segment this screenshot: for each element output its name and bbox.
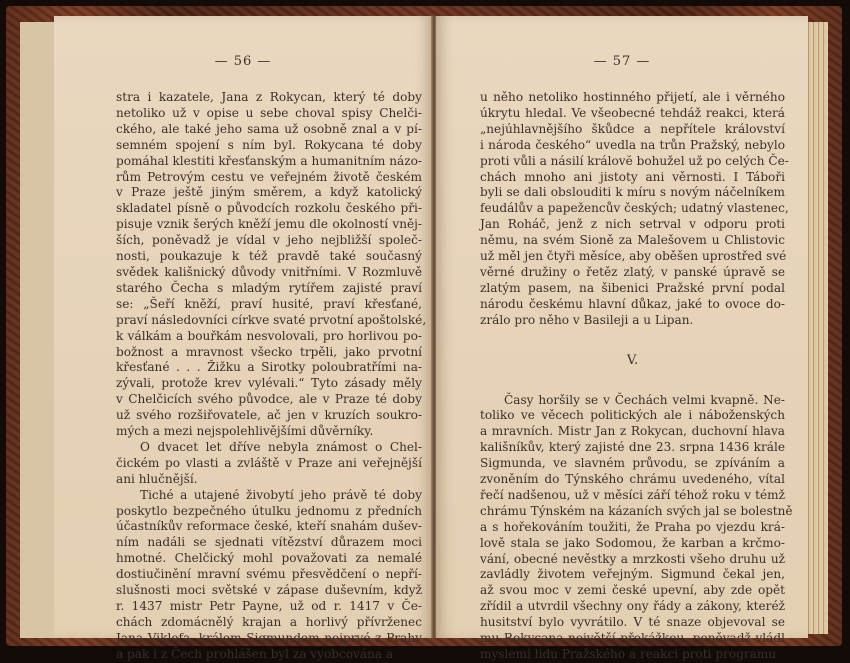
text-line: zavládly životem veřejným. Sigmund čekal… xyxy=(480,567,785,583)
text-line: chách mnoho ani jistoty ani věrnosti. I … xyxy=(480,170,785,186)
text-line: Jana Viklefa, králem Sigmundem nejprvé z… xyxy=(116,631,422,647)
text-line: semném spojení s ním byl. Rokycana té do… xyxy=(116,138,422,154)
text-line: a mravních. Mistr Jan z Rokycan, duchovn… xyxy=(480,424,785,440)
text-line: netoliko už v opise u sebe choval spisy … xyxy=(116,106,422,122)
text-line: chrámu Týnském na kázaních svých jal se … xyxy=(480,504,785,520)
text-line: mých a mezi nejspolehlivějšími důvěrníky… xyxy=(116,424,422,440)
text-line: myslemi lidu Pražského a reakci proti pr… xyxy=(480,647,785,659)
left-page-body: stra i kazatele, Jana z Rokycan, který t… xyxy=(116,90,422,659)
text-line: účastníkův reformace české, kteří snahám… xyxy=(116,519,422,535)
text-line: slušnosti moci světské v zápase duševním… xyxy=(116,583,422,599)
text-line: až svou moc v zemi české upevní, aby zde… xyxy=(480,583,785,599)
text-line: ších, poněvadž je vídal v jeho nejbližší… xyxy=(116,233,422,249)
text-line: a pak i z Čech prohlášen byl za vyobcová… xyxy=(116,647,422,659)
text-line: Časy horšily se v Čechách velmi kvapně. … xyxy=(480,393,785,409)
text-line: „nejúhlavnějšího škůdce a nepřítele král… xyxy=(480,122,785,138)
right-page-paragraph-2: Časy horšily se v Čechách velmi kvapně. … xyxy=(480,393,785,660)
text-line: ním nadáli se sjednati vítězství důrazem… xyxy=(116,535,422,551)
text-line: křesťané . . . Žižku a Sirotky poloubrat… xyxy=(116,360,422,376)
text-line: a s hořekováním toužiti, že Praha po vje… xyxy=(480,520,785,536)
text-line: úkrytu hledal. Ve všeobecné tehdáž reakc… xyxy=(480,106,785,122)
text-line: skladatel písně o původcích rozkolu česk… xyxy=(116,201,422,217)
text-line: svědek kališnický důvody vnitřními. V Ro… xyxy=(116,265,422,281)
text-line: i národa českého“ uvedla na trůn Pražský… xyxy=(480,138,785,154)
right-page-body: u něho netoliko hostinného přijetí, ale … xyxy=(480,90,785,659)
text-line: poskytlo bezpečného útulku jednomu z pře… xyxy=(116,504,422,520)
right-page-paragraph-1: u něho netoliko hostinného přijetí, ale … xyxy=(480,90,785,329)
text-line: rům Petrovým cestu ve veřejném životě če… xyxy=(116,170,422,186)
text-line: božnost a mravnost všecko trpěli, jako p… xyxy=(116,345,422,361)
text-line: mu Rokycana největší překážkou, poněvadž… xyxy=(480,631,785,647)
text-line: feudálův a papežencův českých; udatný vl… xyxy=(480,201,785,217)
text-line: zlatým pasem, na šibenici Pražské první … xyxy=(480,281,785,297)
text-line: Tiché a utajené živobytí jeho právě té d… xyxy=(116,488,422,504)
text-line: se: „Šeří kněží, praví husité, praví kře… xyxy=(116,297,422,313)
text-line: zrálo pro něho v Basileji a u Lipan. xyxy=(480,313,785,329)
text-line: němu, na svém Sioně za Malešovem u Chlis… xyxy=(480,233,785,249)
page-number-57: — 57 — xyxy=(436,54,808,69)
text-line: národu českému hlavní důkaz, jaké to ovo… xyxy=(480,297,785,313)
text-line: u něho netoliko hostinného přijetí, ale … xyxy=(480,90,785,106)
text-line: proti vůli a násilí královĕ bohužel už p… xyxy=(480,154,785,170)
text-line: starého Čecha s mladým rytířem zajisté p… xyxy=(116,281,422,297)
right-page: — 57 — u něho netoliko hostinného přijet… xyxy=(436,16,808,638)
text-line: v Chelčicích svého původce, ale v Praze … xyxy=(116,392,422,408)
text-line: nosti, poukazuje k též pravdě také souča… xyxy=(116,249,422,265)
chapter-heading: V. xyxy=(480,353,785,369)
text-line: Jan Roháč, jenž z nich setrval v odporu … xyxy=(480,217,785,233)
left-page: — 56 — stra i kazatele, Jana z Rokycan, … xyxy=(54,16,432,638)
text-line: zývali, protože krev vylévali.“ Tyto zás… xyxy=(116,376,422,392)
text-line: lově stala se jako Sodomou, že karban a … xyxy=(480,536,785,552)
text-line: chách zdomácnělý krajan a horlivý přívrž… xyxy=(116,615,422,631)
text-line: dostiučinění mravní svému přesvědčení o … xyxy=(116,567,422,583)
text-line: husitství bylo vyvrátilo. V té snaze obj… xyxy=(480,615,785,631)
text-line: už měl jen čtyři měsíce, aby oběšen upro… xyxy=(480,249,785,265)
text-line: v Praze ještě jiným směrem, a když katol… xyxy=(116,185,422,201)
text-line: toliko ve věcech politických ale i nábož… xyxy=(480,408,785,424)
text-line: Sigmunda, ve slavném průvodu, se zpívání… xyxy=(480,456,785,472)
text-line: O dvacet let dříve nebyla známost o Chel… xyxy=(116,440,422,456)
text-line: byli se dali obslouditi k míru s novým n… xyxy=(480,185,785,201)
text-line: r. 1437 mistr Petr Payne, už od r. 1417 … xyxy=(116,599,422,615)
text-line: kališníkův, který zajisté dne 23. srpna … xyxy=(480,440,785,456)
page-number-56: — 56 — xyxy=(54,54,432,69)
text-line: pisuje vznik šerých kněží jemu dle okoln… xyxy=(116,217,422,233)
text-line: k válkám a bouřkám nesvolovali, pro horl… xyxy=(116,329,422,345)
text-line: čickém po vlasti a zvláště v Praze ani v… xyxy=(116,456,422,472)
text-line: pomáhal klestiti křesťanským a humanitní… xyxy=(116,154,422,170)
text-line: ckého, ale také jeho sama už osobně znal… xyxy=(116,122,422,138)
text-line: praví následovníci církve svaté prvotní … xyxy=(116,313,422,329)
text-line: zvoněním do Týnského chrámu uvedeného, v… xyxy=(480,472,785,488)
text-line: věrné družiny o řetěz zlatý, v panské úp… xyxy=(480,265,785,281)
right-page-stack xyxy=(806,22,828,634)
text-line: stra i kazatele, Jana z Rokycan, který t… xyxy=(116,90,422,106)
text-line: vání, obecné nevěstky a mrzkosti všeho d… xyxy=(480,552,785,568)
text-line: ani hlučnější. xyxy=(116,472,422,488)
text-line: už svého rozšiřovatele, ač jen v kruzích… xyxy=(116,408,422,424)
text-line: řečí nadšenou, už v měsíci září téhož ro… xyxy=(480,488,785,504)
text-line: hmotné. Chelčický mohl považovati za nem… xyxy=(116,551,422,567)
text-line: zřídil a utvrdil všechny ony řády a záko… xyxy=(480,599,785,615)
